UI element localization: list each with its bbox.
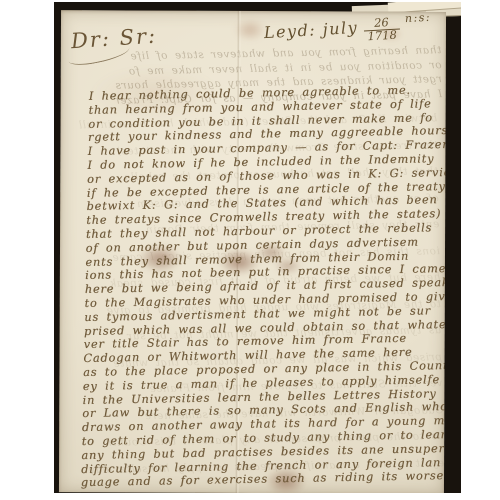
letter-body: I hear nothing could be more agreable to… (69, 83, 446, 490)
dateline-place: Leyd: july (264, 18, 359, 42)
dateline-year: 1718 (365, 28, 401, 42)
dateline-style-mark: n:s: (405, 11, 432, 25)
salutation: Dr: Sr: (70, 24, 158, 54)
dateline-date-fraction: 26 1718 (364, 17, 401, 43)
letter-photo: than hearing from you and whatever state… (54, 2, 461, 493)
dateline: Leyd: july 26 1718 n:s: (264, 14, 433, 48)
ink-stain (234, 19, 266, 41)
page: than hearing from you and whatever state… (0, 0, 500, 500)
letter-paper: than hearing from you and whatever state… (59, 10, 446, 493)
